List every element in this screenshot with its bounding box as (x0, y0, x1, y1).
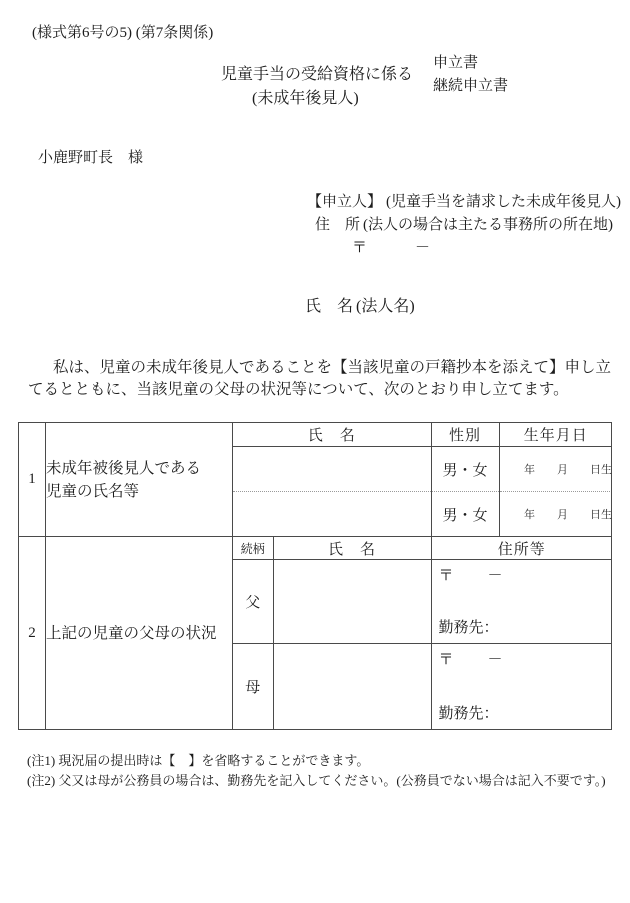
section1-number: 1 (19, 423, 46, 537)
table-section-2: 2 上記の児童の父母の状況 続柄 氏 名 住所等 (19, 537, 612, 730)
declaration-line2: てるとともに、当該児童の父母の状況等について、次のとおり申し立てます。 (28, 379, 616, 401)
child2-name-field[interactable] (233, 492, 431, 537)
main-table: 1 未成年被後見人である 児童の氏名等 氏 名 性別 生年月日 (18, 422, 612, 730)
father-workplace-label: 勤務先： (439, 616, 609, 637)
mother-postal-mark: 〒 (439, 652, 454, 668)
section1-label: 未成年被後見人である 児童の氏名等 (46, 423, 233, 537)
mother-address-field[interactable]: 〒－ 勤務先： (431, 644, 612, 730)
postal-mark: 〒 (352, 240, 367, 256)
mother-name-field[interactable] (273, 644, 431, 730)
section2-label: 上記の児童の父母の状況 (46, 537, 233, 730)
parents-table: 続柄 氏 名 住所等 父 〒－ 勤務先： (233, 537, 612, 729)
col-header-relation: 続柄 (233, 537, 273, 560)
mother-workplace-label: 勤務先： (439, 702, 609, 723)
col-header-child-name: 氏 名 (233, 423, 431, 447)
form-page: (様式第6号の5) (第7条関係) 児童手当の受給資格に係る (未成年後見人) … (0, 0, 630, 903)
col-header-birthdate: 生年月日 (499, 423, 612, 447)
applicant-name-field[interactable]: 氏 名(法人名) (305, 293, 415, 316)
form-number: (様式第6号の5) (第7条関係) (32, 21, 213, 42)
name-label: 氏 名 (305, 298, 353, 315)
col-header-sex: 性別 (431, 423, 499, 447)
father-relation-label: 父 (233, 560, 273, 644)
postal-dash: － (415, 240, 430, 256)
parents-header-row: 続柄 氏 名 住所等 (233, 537, 612, 560)
child2-sex-selector[interactable]: 男・女 (431, 492, 499, 537)
declaration-line1: 私は、児童の未成年後見人であることを【当該児童の戸籍抄本を添えて】申し立 (28, 357, 616, 379)
mother-postal-dash: － (488, 652, 503, 668)
applicant-postal-field[interactable]: 〒－ (352, 236, 430, 257)
addressee: 小鹿野町長 様 (38, 146, 143, 167)
mother-row: 母 〒－ 勤務先： (233, 644, 612, 730)
child-row-2: 男・女 年 月 日生 (233, 492, 612, 537)
father-name-field[interactable] (273, 560, 431, 644)
note-1: (注1) 現況届の提出時は【 】を省略することができます。 (27, 750, 369, 769)
mother-postal-line: 〒－ (439, 648, 609, 669)
declaration-paragraph: 私は、児童の未成年後見人であることを【当該児童の戸籍抄本を添えて】申し立 てると… (28, 357, 616, 400)
child2-birthdate-field[interactable]: 年 月 日生 (499, 492, 612, 537)
father-postal-line: 〒－ (439, 564, 609, 585)
section1-label-line2: 児童の氏名等 (46, 480, 232, 503)
section1-content: 氏 名 性別 生年月日 男・女 年 月 日生 男 (233, 423, 612, 537)
note-2: (注2) 父又は母が公務員の場合は、勤務先を記入してください。(公務員でない場合… (27, 770, 606, 789)
child1-sex-selector[interactable]: 男・女 (431, 447, 499, 492)
table-section-1: 1 未成年被後見人である 児童の氏名等 氏 名 性別 生年月日 (19, 423, 612, 537)
section2-content: 続柄 氏 名 住所等 父 〒－ 勤務先： (233, 537, 612, 730)
applicant-header: 【申立人】(児童手当を請求した未成年後見人) (307, 190, 621, 211)
section1-label-line1: 未成年被後見人である (46, 457, 232, 480)
col-header-address: 住所等 (431, 537, 612, 560)
applicant-note: (児童手当を請求した未成年後見人) (386, 194, 621, 210)
section2-number: 2 (19, 537, 46, 730)
father-postal-mark: 〒 (439, 568, 454, 584)
mother-relation-label: 母 (233, 644, 273, 730)
child1-birthdate-field[interactable]: 年 月 日生 (499, 447, 612, 492)
child-row-1: 男・女 年 月 日生 (233, 447, 612, 492)
col-header-parent-name: 氏 名 (273, 537, 431, 560)
form-title-line2: (未成年後見人) (252, 85, 359, 108)
children-header-row: 氏 名 性別 生年月日 (233, 423, 612, 447)
address-label: 住 所 (315, 217, 360, 233)
section2-label-line1: 上記の児童の父母の状況 (46, 622, 232, 645)
form-type-petition: 申立書 (433, 51, 478, 72)
father-row: 父 〒－ 勤務先： (233, 560, 612, 644)
child1-name-field[interactable] (233, 447, 431, 492)
form-type-continued-petition: 継続申立書 (433, 74, 508, 95)
form-title-line1: 児童手当の受給資格に係る (221, 61, 413, 84)
children-table: 氏 名 性別 生年月日 男・女 年 月 日生 男 (233, 423, 612, 536)
address-note: (法人の場合は主たる事務所の所在地) (363, 217, 613, 233)
father-postal-dash: － (488, 568, 503, 584)
applicant-label: 【申立人】 (307, 194, 382, 210)
applicant-address-row: 住 所(法人の場合は主たる事務所の所在地) (315, 213, 613, 234)
name-note: (法人名) (356, 298, 415, 315)
father-address-field[interactable]: 〒－ 勤務先： (431, 560, 612, 644)
